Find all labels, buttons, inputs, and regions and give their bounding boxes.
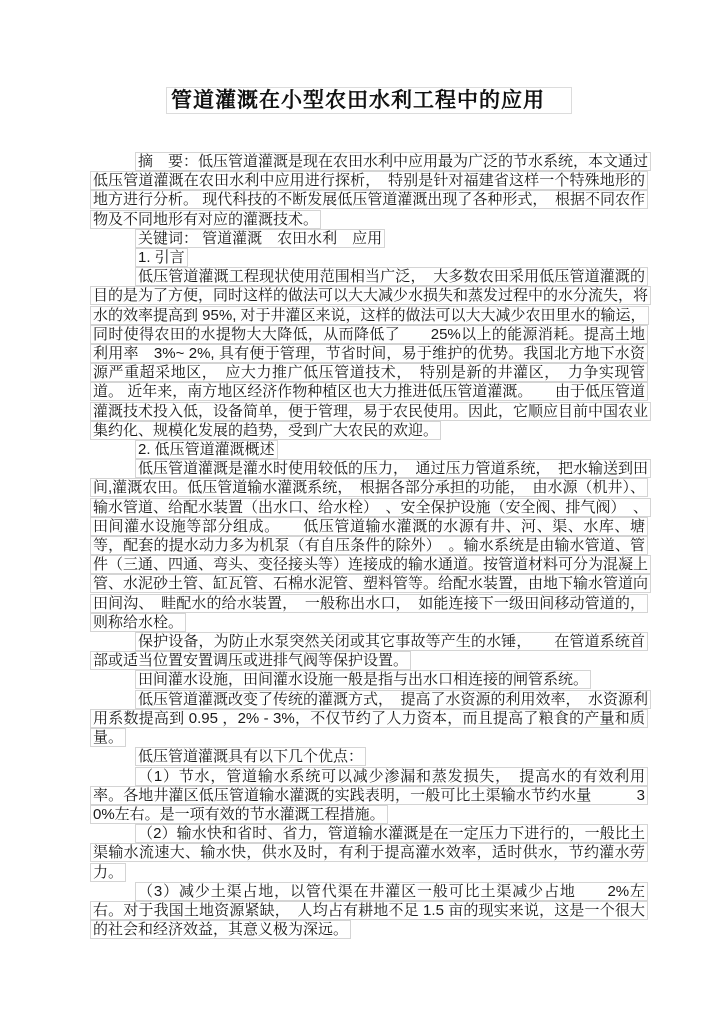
paragraph-advantages-intro-text: 低压管道灌溉具有以下几个优点： bbox=[135, 747, 366, 766]
section-heading-introduction-text: 1. 引言 bbox=[135, 248, 188, 267]
paragraph-field-facilities: 田间灌水设施，田间灌水设施一般是指与出水口相连接的闸管系统。 bbox=[90, 670, 648, 689]
paragraph-advantages-intro: 低压管道灌溉具有以下几个优点： bbox=[90, 747, 648, 766]
paragraph-efficiency-text: 低压管道灌溉改变了传统的灌溉方式， 提高了水资源的利用效率， 水资源利用系数提高… bbox=[90, 690, 651, 747]
paragraph-overview: 低压管道灌溉是灌水时使用较低的压力， 通过压力管道系统， 把水输送到田间,灌溉农… bbox=[90, 459, 648, 632]
section-heading-introduction: 1. 引言 bbox=[90, 248, 648, 267]
paragraph-advantage-1-text: （1）节水，管道输水系统可以减少渗漏和蒸发损失， 提高水的有效利用率。各地井灌区… bbox=[90, 767, 648, 824]
section-heading-overview: 2. 低压管道灌溉概述 bbox=[90, 440, 648, 459]
paragraph-efficiency: 低压管道灌溉改变了传统的灌溉方式， 提高了水资源的利用效率， 水资源利用系数提高… bbox=[90, 690, 648, 748]
paragraph-overview-text: 低压管道灌溉是灌水时使用较低的压力， 通过压力管道系统， 把水输送到田间,灌溉农… bbox=[90, 459, 651, 632]
paragraph-abstract-text: 摘 要：低压管道灌溉是现在农田水利中应用最为广泛的节水系统，本文通过低压管道灌溉… bbox=[90, 152, 651, 229]
paragraph-advantage-3-text: （3）减少土渠占地，以管代渠在井灌区一般可比土渠减少占地 2%左右。对于我国土地… bbox=[90, 882, 648, 939]
document-title-text: 管道灌溉在小型农田水利工程中的应用 bbox=[166, 87, 572, 114]
document-page: 管道灌溉在小型农田水利工程中的应用 摘 要：低压管道灌溉是现在农田水利中应用最为… bbox=[0, 0, 724, 1024]
paragraph-keywords-text: 关键词： 管道灌溉 农田水利 应用 bbox=[135, 229, 385, 248]
paragraph-advantage-1-water-saving: （1）节水，管道输水系统可以减少渗漏和蒸发损失， 提高水的有效利用率。各地井灌区… bbox=[90, 767, 648, 825]
paragraph-introduction-text: 低压管道灌溉工程现状使用范围相当广泛， 大多数农田采用低压管道灌溉的目的是为了方… bbox=[90, 267, 651, 440]
paragraph-introduction: 低压管道灌溉工程现状使用范围相当广泛， 大多数农田采用低压管道灌溉的目的是为了方… bbox=[90, 267, 648, 440]
paragraph-keywords: 关键词： 管道灌溉 农田水利 应用 bbox=[90, 229, 648, 248]
paragraph-advantage-2-speed: （2）输水快和省时、省力，管道输水灌溉是在一定压力下进行的，一般比土渠输水流速大… bbox=[90, 824, 648, 882]
document-title: 管道灌溉在小型农田水利工程中的应用 bbox=[90, 86, 648, 116]
paragraph-abstract: 摘 要：低压管道灌溉是现在农田水利中应用最为广泛的节水系统，本文通过低压管道灌溉… bbox=[90, 152, 648, 229]
paragraph-protection-equipment-text: 保护设备，为防止水泵突然关闭或其它事故等产生的水锤， 在管道系统首部或适当位置安… bbox=[90, 632, 648, 670]
paragraph-field-facilities-text: 田间灌水设施，田间灌水设施一般是指与出水口相连接的闸管系统。 bbox=[135, 670, 591, 689]
section-heading-overview-text: 2. 低压管道灌溉概述 bbox=[135, 440, 278, 459]
paragraph-protection-equipment: 保护设备，为防止水泵突然关闭或其它事故等产生的水锤， 在管道系统首部或适当位置安… bbox=[90, 632, 648, 670]
paragraph-advantage-2-text: （2）输水快和省时、省力，管道输水灌溉是在一定压力下进行的，一般比土渠输水流速大… bbox=[90, 824, 648, 881]
paragraph-advantage-3-land-saving: （3）减少土渠占地，以管代渠在井灌区一般可比土渠减少占地 2%左右。对于我国土地… bbox=[90, 882, 648, 940]
